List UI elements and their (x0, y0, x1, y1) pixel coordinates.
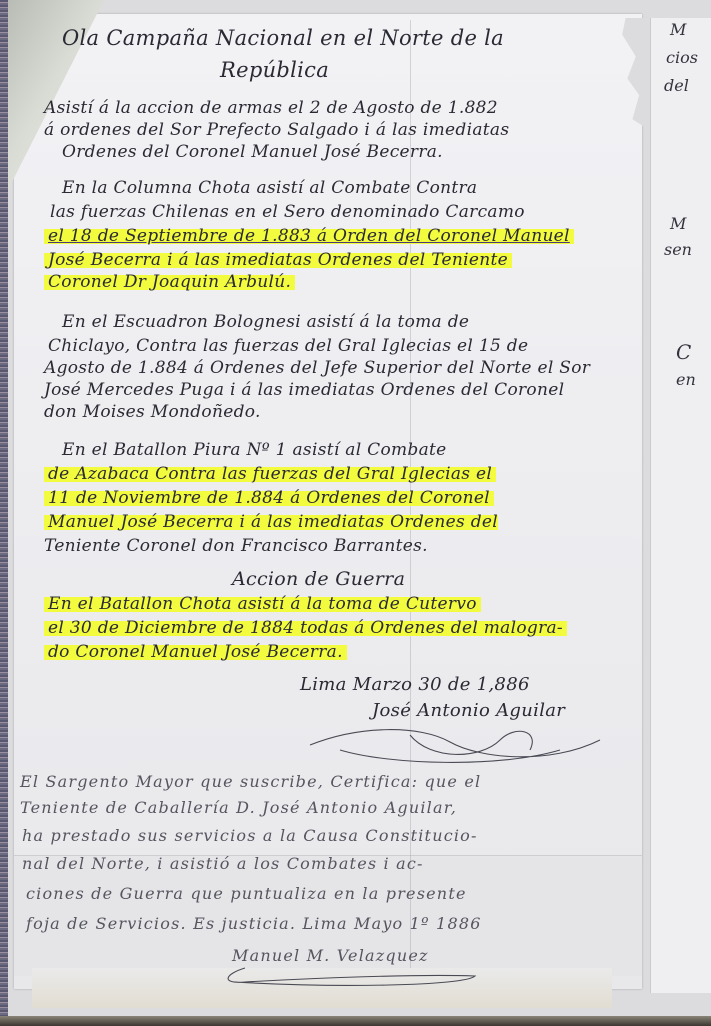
text-line: José Mercedes Puga i á las imediatas Ord… (44, 380, 564, 400)
highlighted-text-line: 11 de Noviembre de 1.884 á Ordenes del C… (44, 488, 494, 508)
highlighted-text-line: de Azabaca Contra las fuerzas del Gral I… (44, 464, 496, 484)
text-line: ciones de Guerra que puntualiza en la pr… (26, 884, 467, 903)
highlighted-text-line: el 18 de Septiembre de 1.883 á Orden del… (44, 226, 574, 246)
text-line: foja de Servicios. Es justicia. Lima May… (26, 914, 482, 933)
fragment-text: del (664, 76, 689, 95)
text-line: En el Escuadron Bolognesi asistí á la to… (62, 312, 469, 332)
scanner-edge (0, 0, 8, 1026)
certification-flourish-icon (215, 960, 485, 990)
fragment-text: M (670, 214, 686, 233)
highlighted-text-line: el 30 de Diciembre de 1884 todas á Orden… (44, 618, 567, 638)
document-title-line-2: República (220, 58, 329, 82)
highlighted-text-line: En el Batallon Chota asistí á la toma de… (44, 594, 481, 614)
text-line: á ordenes del Sor Prefecto Salgado i á l… (44, 120, 509, 140)
text-line: En la Columna Chota asistí al Combate Co… (62, 178, 477, 198)
text-line: El Sargento Mayor que suscribe, Certific… (20, 772, 481, 791)
text-line: Teniente Coronel don Francisco Barrantes… (44, 536, 428, 556)
signature: José Antonio Aguilar (372, 700, 565, 721)
fragment-text: en (676, 370, 696, 389)
scanner-bottom-edge (0, 1016, 711, 1026)
text-line: las fuerzas Chilenas en el Sero denomina… (50, 202, 525, 222)
text-line: ha prestado sus servicios a la Causa Con… (22, 826, 478, 845)
text-line: Chiclayo, Contra las fuerzas del Gral Ig… (48, 336, 528, 356)
highlighted-text-line: Manuel José Becerra i á las imediatas Or… (44, 512, 498, 532)
text-line: Asistí á la accion de armas el 2 de Agos… (44, 98, 498, 118)
text-line: don Moises Mondoñedo. (44, 402, 261, 422)
text-line: nal del Norte, i asistió a los Combates … (22, 854, 424, 873)
text-line: Agosto de 1.884 á Ordenes del Jefe Super… (44, 358, 590, 378)
fragment-text: M (670, 20, 686, 39)
highlighted-text-line: José Becerra i á las imediatas Ordenes d… (44, 250, 512, 270)
fragment-text: sen (664, 240, 692, 259)
fragment-text: cios (666, 48, 698, 67)
section-heading: Accion de Guerra (232, 568, 405, 590)
highlighted-text-line: Coronel Dr Joaquin Arbulú. (44, 272, 295, 292)
text-line: En el Batallon Piura Nº 1 asistí al Comb… (62, 440, 447, 460)
text-line: Ordenes del Coronel Manuel José Becerra. (62, 142, 443, 162)
text-line: Teniente de Caballería D. José Antonio A… (20, 798, 457, 817)
document-title-line-1: Ola Campaña Nacional en el Norte de la (62, 26, 504, 50)
highlighted-text-line: do Coronel Manuel José Becerra. (44, 642, 347, 662)
dateline: Lima Marzo 30 de 1,886 (300, 674, 530, 695)
adjacent-page (650, 18, 711, 993)
fragment-text: C (676, 340, 691, 364)
signature-flourish-icon (300, 720, 610, 770)
fold-crease (410, 20, 411, 1000)
